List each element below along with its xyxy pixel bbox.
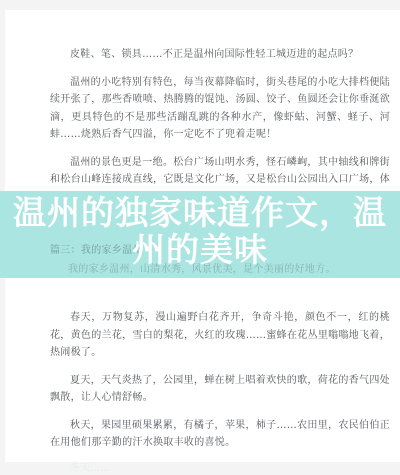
paragraph-industry: 皮鞋、笔、锁具……不正是温州向国际性轻工城迈进的起点吗？	[50, 46, 390, 64]
page-title-line2: 州的美味	[132, 230, 268, 269]
paragraph-autumn: 秋天，果园里硕果累累，有橘子，苹果，柿子……农田里，农民伯伯正在用他们那辛勤的汗…	[50, 417, 390, 452]
paragraph-snacks: 温州的小吃特别有特色，每当夜幕降临时，街头巷尾的小吃大排档便陆续开张了，那些香喷…	[50, 74, 390, 144]
page-title: 温州的独家味道作文，温 州的美味	[0, 194, 400, 268]
article-page: 皮鞋、笔、锁具……不正是温州向国际性轻工城迈进的起点吗？ 温州的小吃特别有特色，…	[0, 0, 400, 475]
page-title-line1: 温州的独家味道作文，温	[13, 193, 387, 232]
title-overlay-band: 篇三：我的家乡温州 我的家乡温州，山清水秀，风景优美，是个美丽的好地方。 温州的…	[0, 191, 400, 278]
paragraph-summer: 夏天，天气炎热了，公园里，蝉在树上唱着欢快的歌，荷花的香气四处飘散，让人心情舒畅…	[50, 372, 390, 407]
paragraph-spring: 春天，万物复苏，漫山遍野白花齐开，争奇斗艳，颜色不一，红的桃花，黄色的兰花，雪白…	[50, 309, 390, 362]
paragraph-winter-faded: 冬天……	[50, 460, 390, 475]
